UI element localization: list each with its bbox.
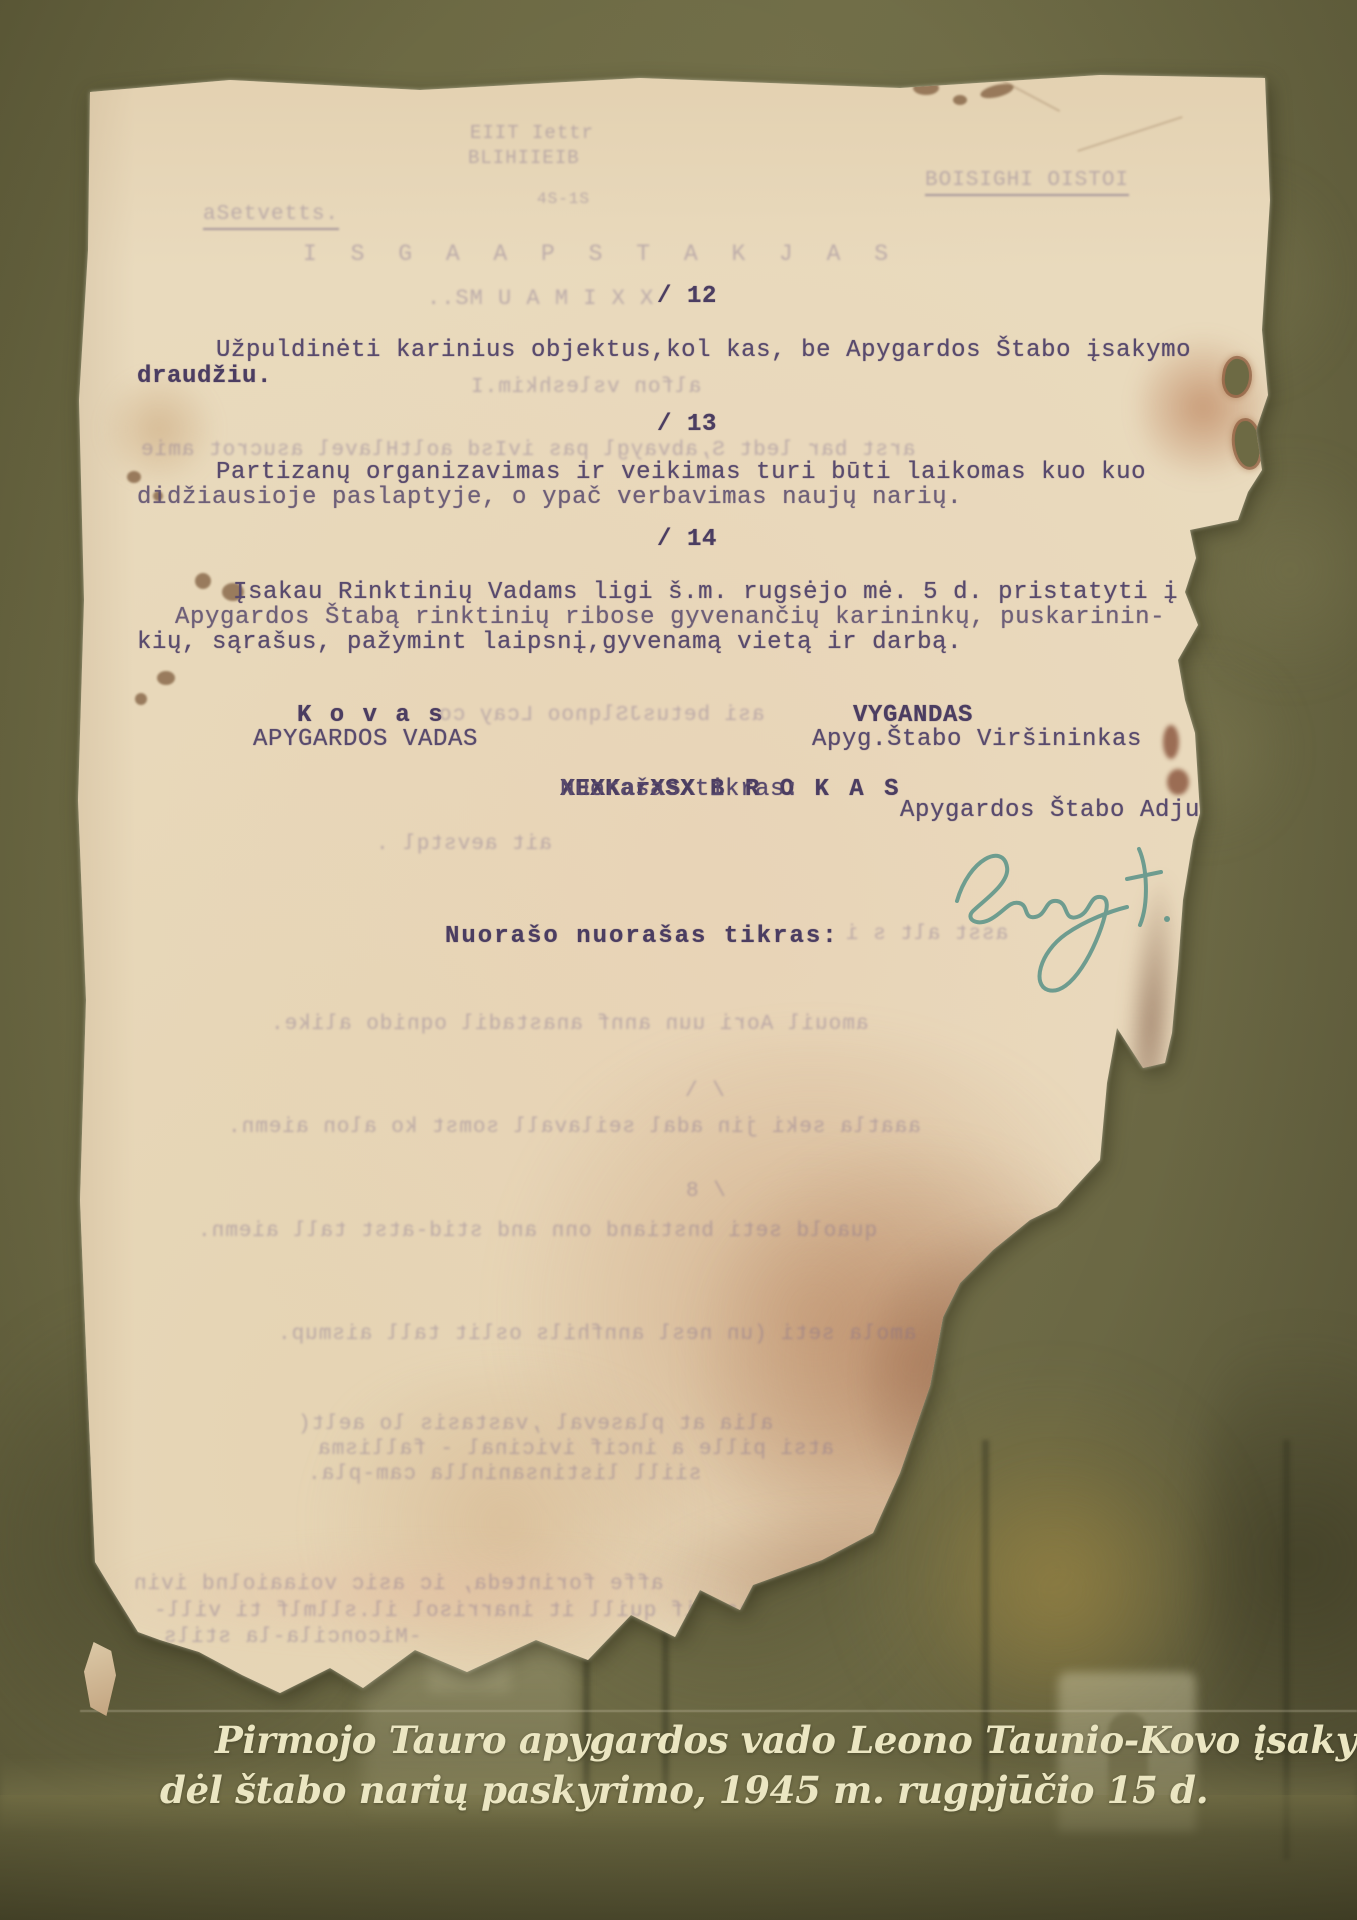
scan-scratch-line — [80, 1710, 1357, 1712]
ghost-bleed-text: ait aevstql . — [375, 833, 552, 856]
ghost-bleed-text: quaold seti bnstiand onn and stid-atst t… — [197, 1220, 877, 1243]
ghost-bleed-text: asst alt s i — [845, 923, 1008, 946]
caption-line-1: Pirmojo Tauro apygardos vado Leono Tauni… — [215, 1718, 1357, 1762]
ghost-bleed-text: arst bar ledt S,abvaygl pas ivIsd aoltHl… — [140, 439, 915, 462]
ghost-bleed-text: -Miconcila-la stils — [163, 1626, 421, 1649]
ghost-bleed-text: / 8 — [685, 1180, 726, 1203]
ghost-bleed-text: affe forinteda, ic asic voiaaiolnd ivin — [133, 1573, 663, 1596]
ghost-bleed-text: alfon vsleshkim.I — [470, 376, 701, 399]
ghost-bleed-text: alia at plaseval ,vastasis lo aelt( — [297, 1413, 773, 1436]
photo-ground — [0, 1795, 1357, 1920]
ghost-bleed-text: asi betusJSlqnoo Lcay co — [438, 704, 764, 727]
ghost-bleed-text: amouil Aori uun annf anastadil oqnido al… — [270, 1013, 869, 1036]
water-stain — [1005, 1363, 1265, 1583]
ghost-bleed-text: aaatla seki jin adal seilavall somst ko … — [227, 1116, 921, 1139]
document-scan: aSetvetts. EIIT Iettr BLIHIIEIB BOISIGHI… — [75, 73, 1272, 1698]
ghost-bleed-text: / \ — [685, 1080, 726, 1103]
bleed-through-layer: alfon vsleshkim.Iarst bar ledt S,abvaygl… — [75, 73, 1272, 1698]
ghost-bleed-text: -aaw if quill it inarrisol il.sllmlf ti … — [153, 1600, 765, 1623]
ghost-bleed-text: atsi pille a incif ivicinal - fallisma — [317, 1438, 834, 1461]
ghost-bleed-text: amola seti (un nesl annfhils oslit tall … — [277, 1323, 916, 1346]
ghost-bleed-text: siill listinsaninlla cam-pla. — [307, 1463, 701, 1486]
caption-line-2: dėl štabo narių paskyrimo, 1945 m. rugpj… — [160, 1768, 1208, 1812]
page: aSetvetts. EIIT Iettr BLIHIIEIB BOISIGHI… — [0, 0, 1357, 1920]
document-scan-wrap: aSetvetts. EIIT Iettr BLIHIIEIB BOISIGHI… — [75, 73, 1272, 1698]
